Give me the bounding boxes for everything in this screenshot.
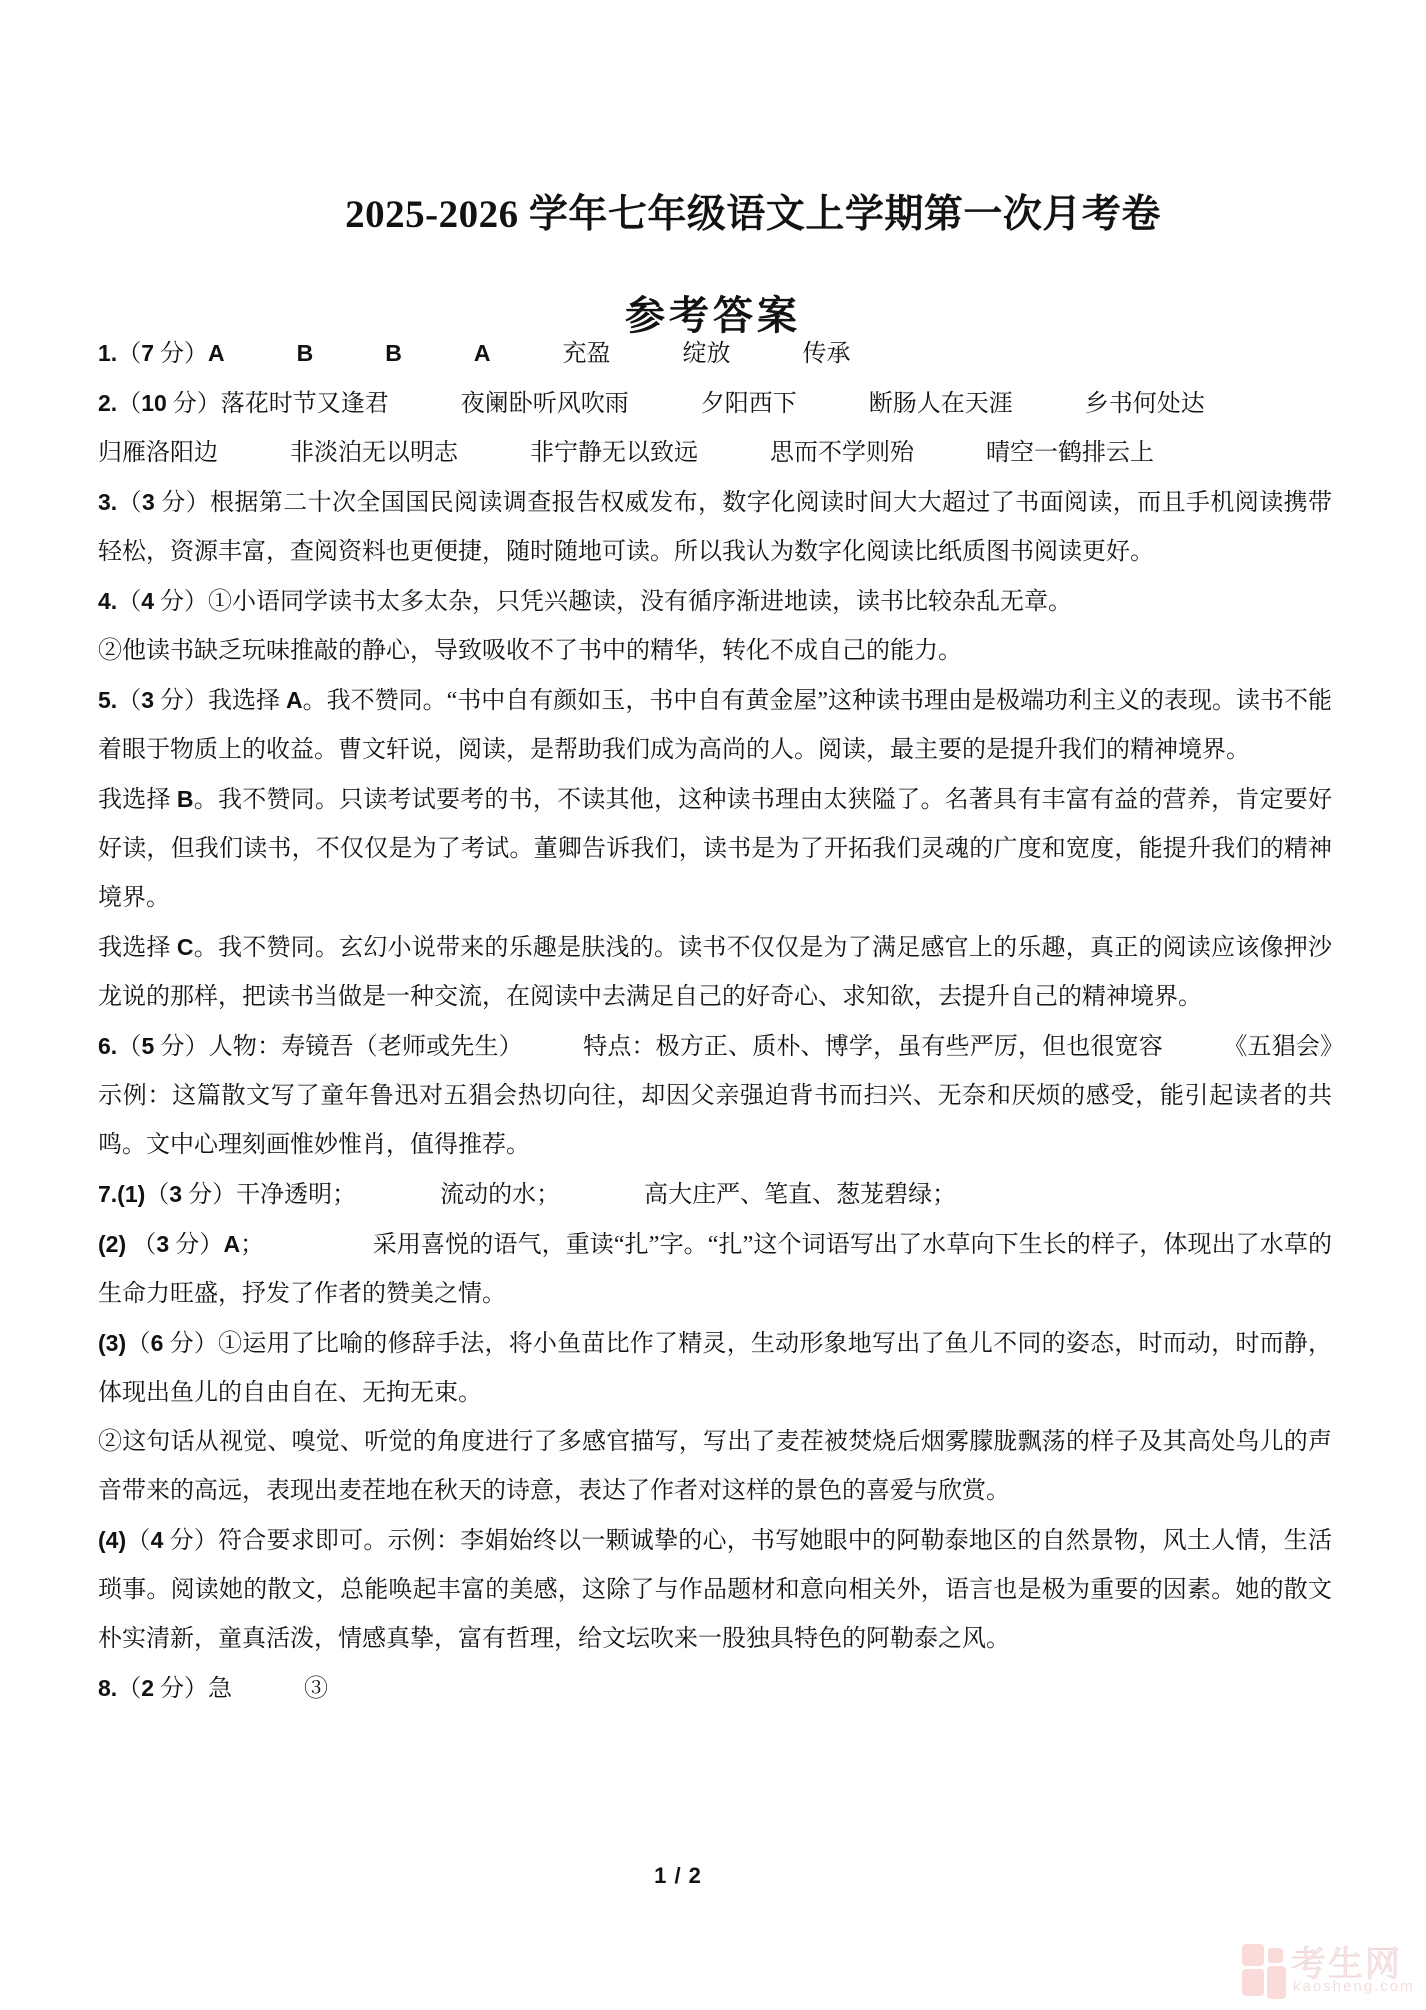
watermark-site-url: kaosheng.com [1293,1978,1415,1995]
answer-paragraph: (2) （3 分）A； 采用喜悦的语气，重读“扎”字。“扎”这个词语写出了水草向… [98,1220,1332,1319]
answer-paragraph: 归雁洛阳边 非淡泊无以明志 非宁静无以致远 思而不学则殆 晴空一鹤排云上 [98,429,1332,478]
answers-section: 1.（7 分）A B B A 充盈 绽放 传承2.（10 分）落花时节又逢君 夜… [98,329,1332,1714]
document-page: 2025-2026 学年七年级语文上学期第一次月考卷 参考答案 1.（7 分）A… [0,0,1426,2010]
page-title: 2025-2026 学年七年级语文上学期第一次月考卷 [40,193,1426,238]
answer-paragraph: 我选择 B。我不赞同。只读考试要考的书，不读其他，这种读书理由太狭隘了。名著具有… [98,775,1332,923]
watermark-logo-icon [1242,1941,1288,2001]
answer-paragraph: 4.（4 分）①小语同学读书太多太杂，只凭兴趣读，没有循序渐进地读，读书比较杂乱… [98,577,1332,627]
answer-paragraph: (3)（6 分）①运用了比喻的修辞手法，将小鱼苗比作了精灵，生动形象地写出了鱼儿… [98,1319,1332,1418]
answer-paragraph: 1.（7 分）A B B A 充盈 绽放 传承 [98,329,1332,379]
answer-paragraph: 3.（3 分）根据第二十次全国国民阅读调查报告权威发布，数字化阅读时间大大超过了… [98,478,1332,577]
watermark-logo-block [1267,1966,1286,1999]
answer-paragraph: (4)（4 分）符合要求即可。示例：李娟始终以一颗诚挚的心，书写她眼中的阿勒泰地… [98,1516,1332,1664]
answer-paragraph: 5.（3 分）我选择 A。我不赞同。“书中自有颜如玉，书中自有黄金屋”这种读书理… [98,676,1332,775]
answer-paragraph: 我选择 C。我不赞同。玄幻小说带来的乐趣是肤浅的。读书不仅仅是为了满足感官上的乐… [98,923,1332,1022]
answer-paragraph: ②这句话从视觉、嗅觉、听觉的角度进行了多感官描写，写出了麦茬被焚烧后烟雾朦胧飘荡… [98,1418,1332,1516]
watermark-logo-block [1242,1944,1264,1966]
answer-paragraph: ②他读书缺乏玩味推敲的静心，导致吸收不了书中的精华，转化不成自己的能力。 [98,627,1332,676]
answer-paragraph: 6.（5 分）人物：寿镜吾（老师或先生） 特点：极方正、质朴、博学，虽有些严厉，… [98,1022,1332,1170]
watermark-logo-block [1268,1948,1283,1963]
watermark-logo-block [1242,1969,1264,1996]
answer-paragraph: 7.(1)（3 分）干净透明； 流动的水； 高大庄严、笔直、葱茏碧绿； [98,1170,1332,1220]
answer-paragraph: 8.（2 分）急 ③ [98,1664,1332,1714]
page-number: 1 / 2 [0,1863,1356,1889]
answer-paragraph: 2.（10 分）落花时节又逢君 夜阑卧听风吹雨 夕阳西下 断肠人在天涯 乡书何处… [98,379,1332,429]
watermark: 考生网 kaosheng.com [1242,1941,1426,2005]
